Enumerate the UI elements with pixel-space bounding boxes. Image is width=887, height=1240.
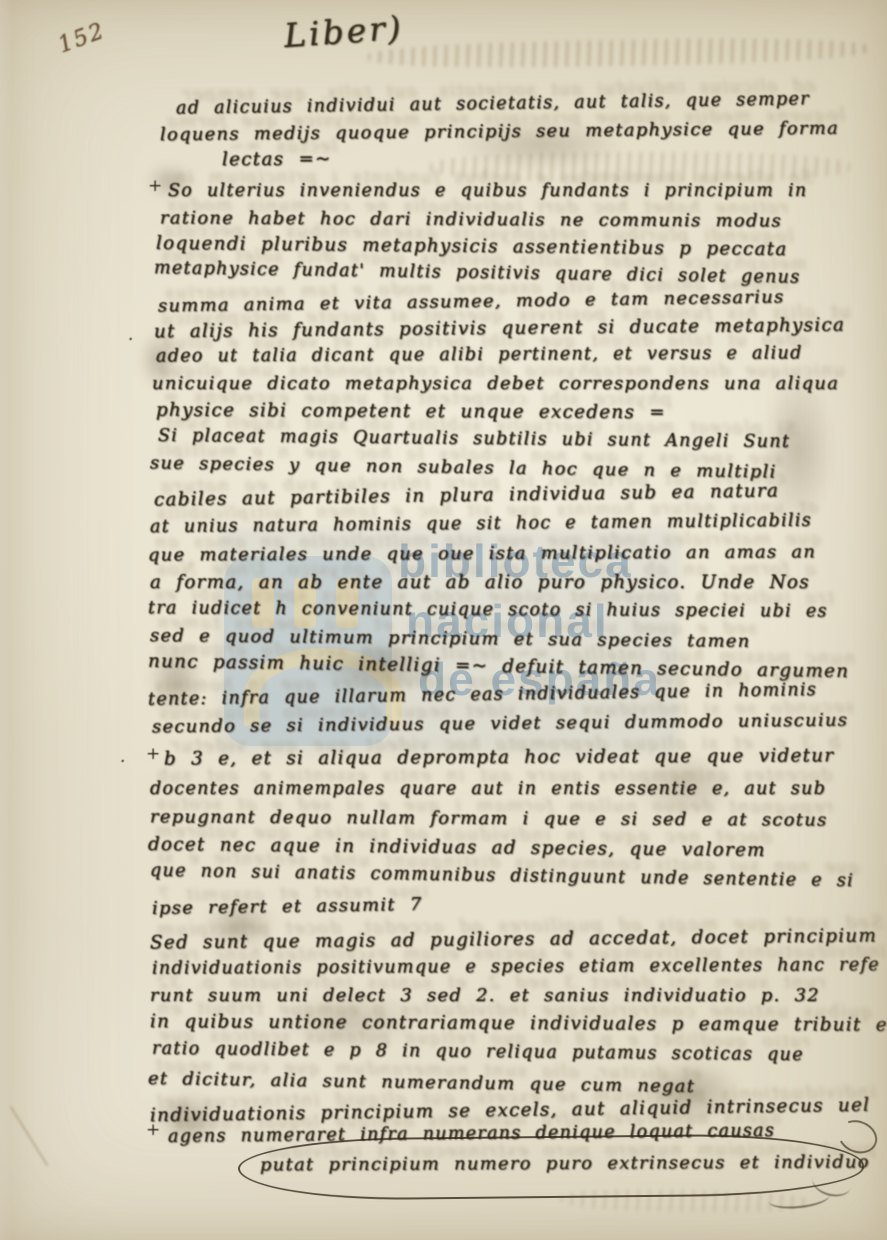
margin-mark: + (146, 1120, 160, 1140)
margin-mark: · (128, 330, 133, 350)
enclosure-loop (238, 1133, 865, 1202)
manuscript-scan: { "page": { "folio_number": "152", "head… (0, 0, 887, 1240)
margin-mark: · (120, 752, 125, 772)
manuscript-line: lectas =~lectas =~ (222, 151, 332, 170)
paper-edge (0, 0, 12, 1240)
text-block: ad alicuius individui aut societatis, au… (0, 0, 887, 1240)
margin-mark: + (148, 176, 162, 196)
manuscript-line: ipse refert et assumit 7ipse refert et a… (152, 896, 423, 918)
margin-mark: + (146, 744, 160, 764)
